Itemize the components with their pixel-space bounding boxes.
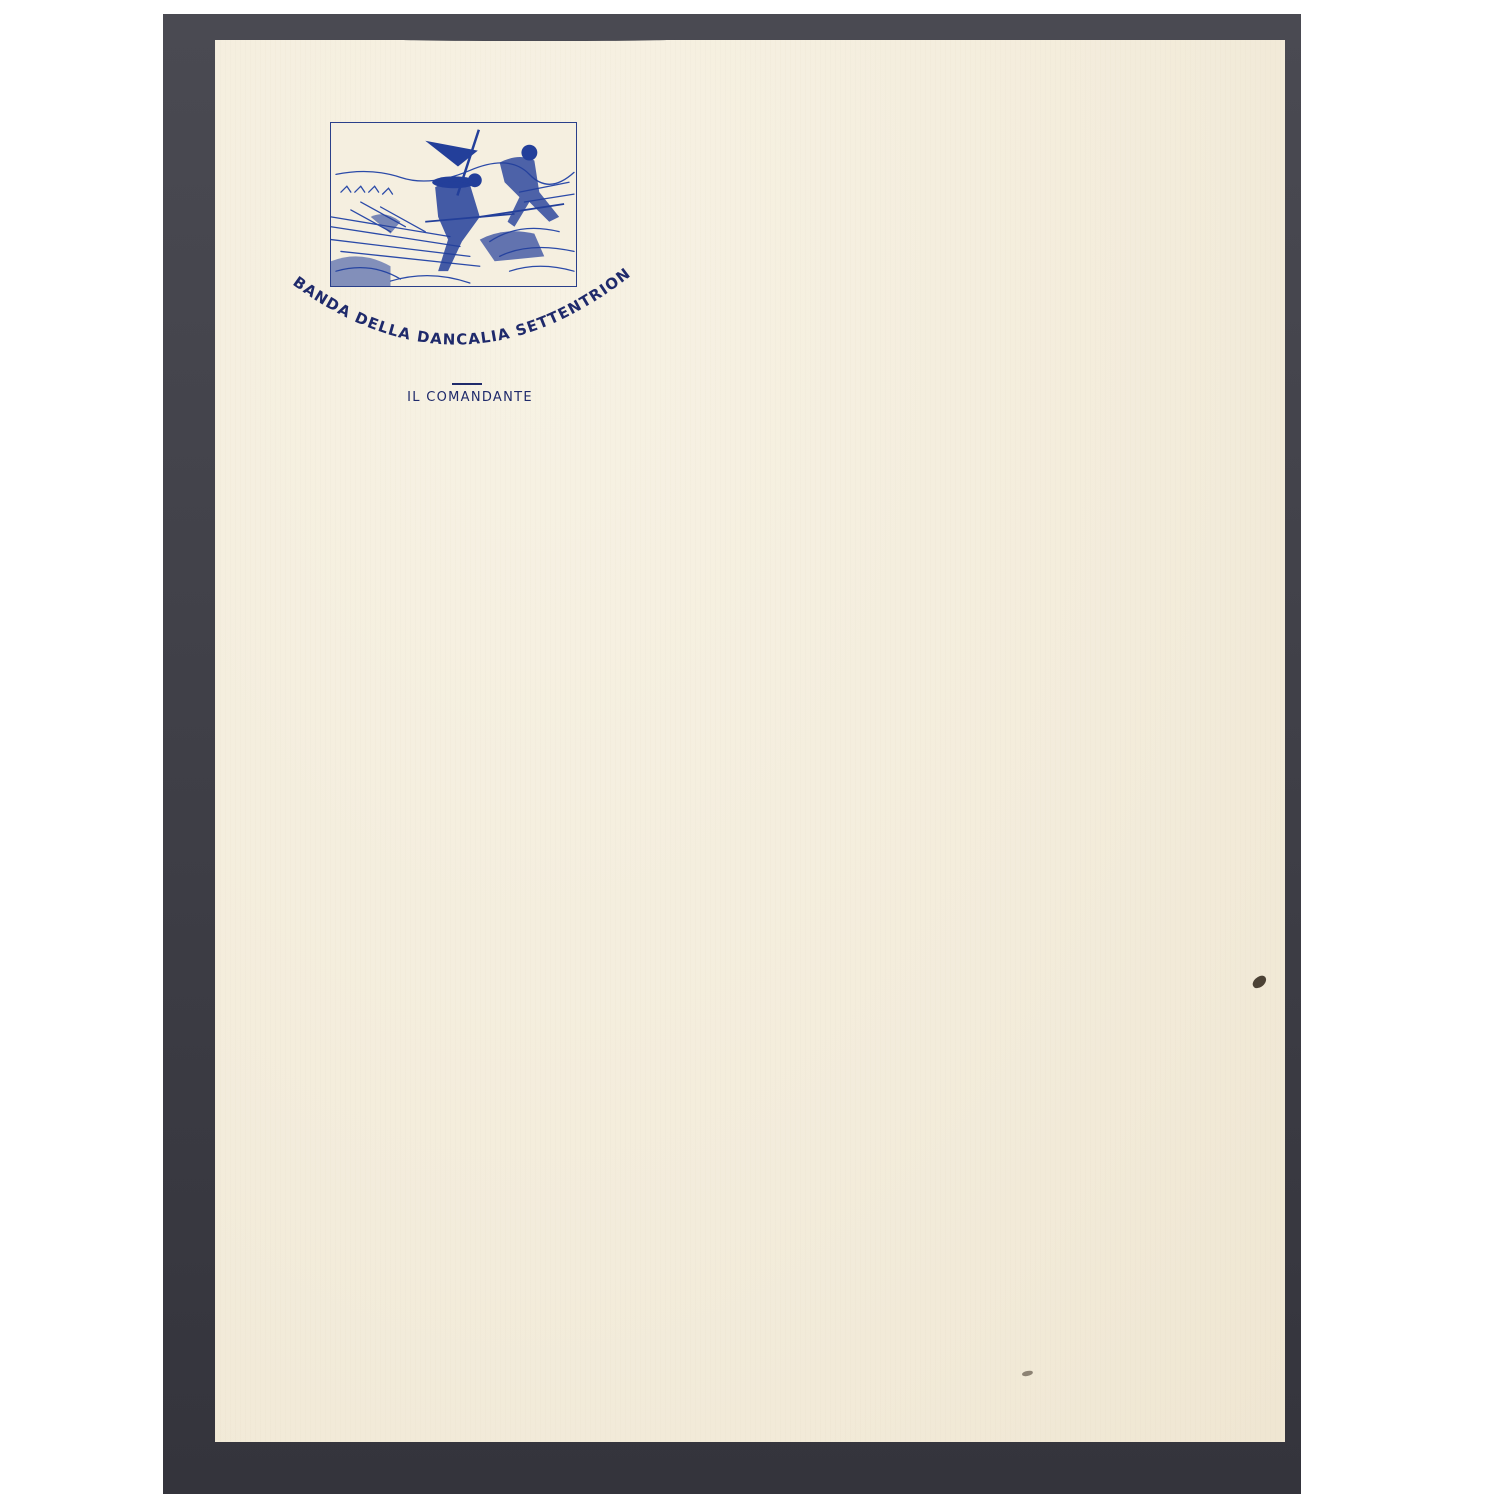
svg-text:BANDA DELLA DANCALIA SETTENTRI: BANDA DELLA DANCALIA SETTENTRIONALE <box>284 254 635 349</box>
dirt-mark <box>1022 1370 1034 1377</box>
letterhead: BANDA DELLA DANCALIA SETTENTRIONALE IL C… <box>215 40 715 400</box>
title-divider <box>452 383 482 385</box>
soldiers-charging-with-flag-icon <box>330 122 577 287</box>
organization-name-text: BANDA DELLA DANCALIA SETTENTRIONALE <box>284 254 635 349</box>
ink-stain-mark <box>1250 974 1268 991</box>
organization-name: BANDA DELLA DANCALIA SETTENTRIONALE <box>290 268 630 378</box>
commander-title: IL COMANDANTE <box>390 390 550 405</box>
letterhead-sheet: BANDA DELLA DANCALIA SETTENTRIONALE IL C… <box>215 40 1285 1442</box>
